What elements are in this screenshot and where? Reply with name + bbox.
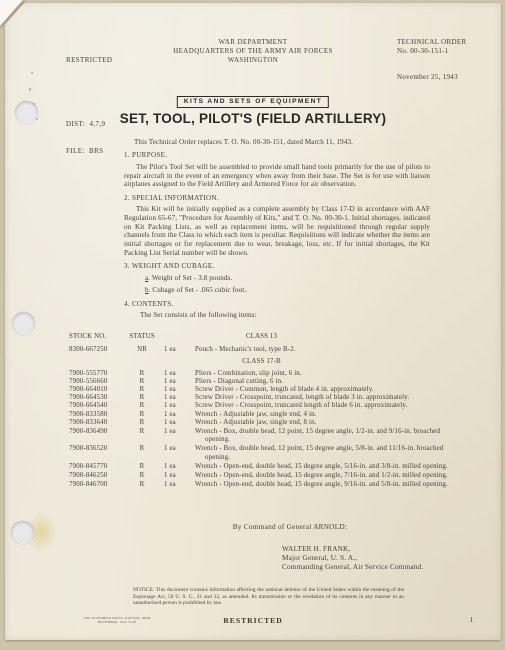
stock-no: 7900-845770 bbox=[69, 463, 124, 471]
item-description: Wrench - Adjustable jaw, single end, 4 i… bbox=[195, 411, 454, 419]
quantity: 1 ea bbox=[160, 411, 195, 419]
class-13-label: CLASS 13 bbox=[69, 333, 454, 341]
stock-no: 7900-846250 bbox=[69, 472, 124, 480]
table-row: 7900-664540 R 1 ea Screw Driver - Crossp… bbox=[69, 402, 454, 410]
item-description: Screw Driver - Crosspoint, truncated, le… bbox=[195, 394, 454, 402]
table-row: 7900-846700 R 1 ea Wrench - Open-end, do… bbox=[69, 481, 454, 489]
stock-no: 7900-556660 bbox=[69, 378, 124, 386]
section-heading-special-information: 2. SPECIAL INFORMATION. bbox=[124, 194, 430, 203]
table-row: 7900-836490 R 1 ea Wrench - Box, double … bbox=[69, 428, 454, 444]
status: R bbox=[124, 445, 160, 461]
item-description: Pouch - Mechanic's tool, type B-2. bbox=[195, 346, 454, 354]
signatory-name: WALTER H. FRANK, bbox=[282, 545, 423, 554]
command-line: By Command of General ARNOLD: bbox=[170, 523, 410, 531]
table-row: 7900-556660 R 1 ea Pliers - Diagonal cut… bbox=[69, 378, 454, 386]
header-right-block: TECHNICAL ORDER No. 00-30-151-1 November… bbox=[397, 38, 466, 82]
table-row: 8300-667250 NR 1 ea Pouch - Mechanic's t… bbox=[69, 346, 454, 354]
technical-order-number: No. 00-30-151-1 bbox=[397, 47, 466, 56]
signature-block: WALTER H. FRANK, Major General, U. S. A.… bbox=[282, 545, 423, 573]
kicker-label: KITS AND SETS OF EQUIPMENT bbox=[184, 98, 322, 105]
paper-speck bbox=[31, 72, 33, 74]
stock-no: 7900-846700 bbox=[69, 481, 124, 489]
table-row: 7900-833580 R 1 ea Wrench - Adjustable j… bbox=[69, 411, 454, 419]
item-description: Pliers - Diagonal cutting, 6 in. bbox=[195, 378, 454, 386]
punch-hole-middle bbox=[12, 312, 35, 335]
status: R bbox=[124, 386, 160, 394]
classification-marking-bottom: RESTRICTED bbox=[5, 616, 501, 625]
scanned-document-image: { "colors": { "paper": "#ece7d8", "ink":… bbox=[0, 0, 505, 650]
quantity: 1 ea bbox=[160, 472, 195, 480]
quantity: 1 ea bbox=[160, 378, 195, 386]
status: R bbox=[124, 419, 160, 427]
item-description: Wrench - Box, double head, 12 point, 15 … bbox=[195, 445, 454, 461]
status: R bbox=[124, 411, 160, 419]
section-heading-purpose: 1. PURPOSE. bbox=[124, 151, 430, 160]
table-row: 7900-555770 R 1 ea Pliers - Combination,… bbox=[69, 370, 454, 378]
stock-no: 7900-555770 bbox=[69, 370, 124, 378]
paper-speck bbox=[29, 88, 31, 91]
stock-no: 7900-836520 bbox=[69, 445, 124, 461]
document-page: RESTRICTED DIST: 4,7,9 FILE: BRS WAR DEP… bbox=[5, 3, 501, 640]
item-description: Wrench - Open-end, double head, 15 degre… bbox=[195, 481, 454, 489]
status: R bbox=[124, 463, 160, 471]
status: NR bbox=[124, 346, 160, 354]
quantity: 1 ea bbox=[160, 386, 195, 394]
stock-no: 7900-833580 bbox=[69, 411, 124, 419]
quantity: 1 ea bbox=[160, 481, 195, 489]
quantity: 1 ea bbox=[160, 370, 195, 378]
section-heading-weight-cubage: 3. WEIGHT AND CUBAGE. bbox=[124, 262, 430, 271]
item-description: Wrench - Box, double head, 12 point, 15 … bbox=[195, 428, 454, 444]
status: R bbox=[124, 378, 160, 386]
publication-date: November 25, 1943 bbox=[397, 73, 466, 82]
stock-no: 8300-667250 bbox=[69, 346, 124, 354]
punch-hole-bottom bbox=[11, 521, 34, 544]
file-line: FILE: BRS bbox=[66, 147, 112, 156]
paper-speck bbox=[33, 103, 35, 105]
weight-item-text: . Weight of Set - 3.8 pounds. bbox=[148, 274, 232, 282]
weight-item: a. Weight of Set - 3.8 pounds. bbox=[145, 274, 430, 283]
item-description: Wrench - Adjustable jaw, single end, 8 i… bbox=[195, 419, 454, 427]
quantity: 1 ea bbox=[160, 445, 195, 461]
status: R bbox=[124, 394, 160, 402]
table-row: 7900-664530 R 1 ea Screw Driver - Crossp… bbox=[69, 394, 454, 402]
item-description: Screw Driver - Common, length of blade 4… bbox=[195, 386, 454, 394]
quantity: 1 ea bbox=[160, 419, 195, 427]
page-number: 1 bbox=[470, 616, 474, 624]
body-column: This Technical Order replaces T. O. No. … bbox=[124, 138, 430, 320]
page-title: SET, TOOL, PILOT'S (FIELD ARTILLERY) bbox=[5, 111, 501, 126]
stock-no: 7900-664010 bbox=[69, 386, 124, 394]
status: R bbox=[124, 370, 160, 378]
quantity: 1 ea bbox=[160, 428, 195, 444]
table-row: 7900-845770 R 1 ea Wrench - Open-end, do… bbox=[69, 463, 454, 471]
replaces-note: This Technical Order replaces T. O. No. … bbox=[124, 138, 430, 147]
special-information-paragraph: This Kit will be initially supplied as a… bbox=[124, 205, 430, 257]
quantity: 1 ea bbox=[160, 402, 195, 410]
cubage-item-text: . Cubage of Set - .065 cubic foot. bbox=[149, 286, 247, 294]
item-description: Pliers - Combination, slip joint, 6 in. bbox=[195, 370, 454, 378]
section-heading-contents: 4. CONTENTS. bbox=[124, 300, 430, 309]
item-description: Screw Driver - Crosspoint, truncated len… bbox=[195, 402, 454, 410]
class-17b-label: CLASS 17-B bbox=[69, 358, 454, 366]
kicker-box: KITS AND SETS OF EQUIPMENT bbox=[177, 96, 329, 108]
table-row: 7900-846250 R 1 ea Wrench - Open-end, do… bbox=[69, 472, 454, 480]
status: R bbox=[124, 402, 160, 410]
contents-intro: The Set consists of the following items: bbox=[124, 311, 430, 320]
item-description: Wrench - Open-end, double head, 15 degre… bbox=[195, 463, 454, 471]
stock-no: 7900-664530 bbox=[69, 394, 124, 402]
status: R bbox=[124, 428, 160, 444]
item-description: Wrench - Open-end, double head, 15 degre… bbox=[195, 472, 454, 480]
technical-order-label: TECHNICAL ORDER bbox=[397, 38, 466, 47]
quantity: 1 ea bbox=[160, 463, 195, 471]
corner-fold bbox=[0, 0, 23, 26]
stock-no: 7900-836490 bbox=[69, 428, 124, 444]
status: R bbox=[124, 472, 160, 480]
table-row: 7900-836520 R 1 ea Wrench - Box, double … bbox=[69, 445, 454, 461]
table-header-row: STOCK NO. STATUS CLASS 13 bbox=[69, 333, 454, 341]
quantity: 1 ea bbox=[160, 346, 195, 354]
stock-no: 7900-664540 bbox=[69, 402, 124, 410]
quantity: 1 ea bbox=[160, 394, 195, 402]
signatory-role: Commanding General, Air Service Command. bbox=[282, 563, 423, 572]
signatory-rank: Major General, U. S. A., bbox=[282, 554, 423, 563]
paper-speck bbox=[36, 118, 38, 120]
purpose-paragraph: The Pilot's Tool Set will be assembled t… bbox=[124, 163, 430, 189]
espionage-act-notice: NOTICE: This document contains informati… bbox=[133, 587, 404, 607]
cubage-item: b. Cubage of Set - .065 cubic foot. bbox=[145, 286, 430, 295]
table-row: 7900-664010 R 1 ea Screw Driver - Common… bbox=[69, 386, 454, 394]
status: R bbox=[124, 481, 160, 489]
contents-table: STOCK NO. STATUS CLASS 13 8300-667250 NR… bbox=[69, 333, 454, 489]
stock-no: 7900-833640 bbox=[69, 419, 124, 427]
table-row: 7900-833640 R 1 ea Wrench - Adjustable j… bbox=[69, 419, 454, 427]
